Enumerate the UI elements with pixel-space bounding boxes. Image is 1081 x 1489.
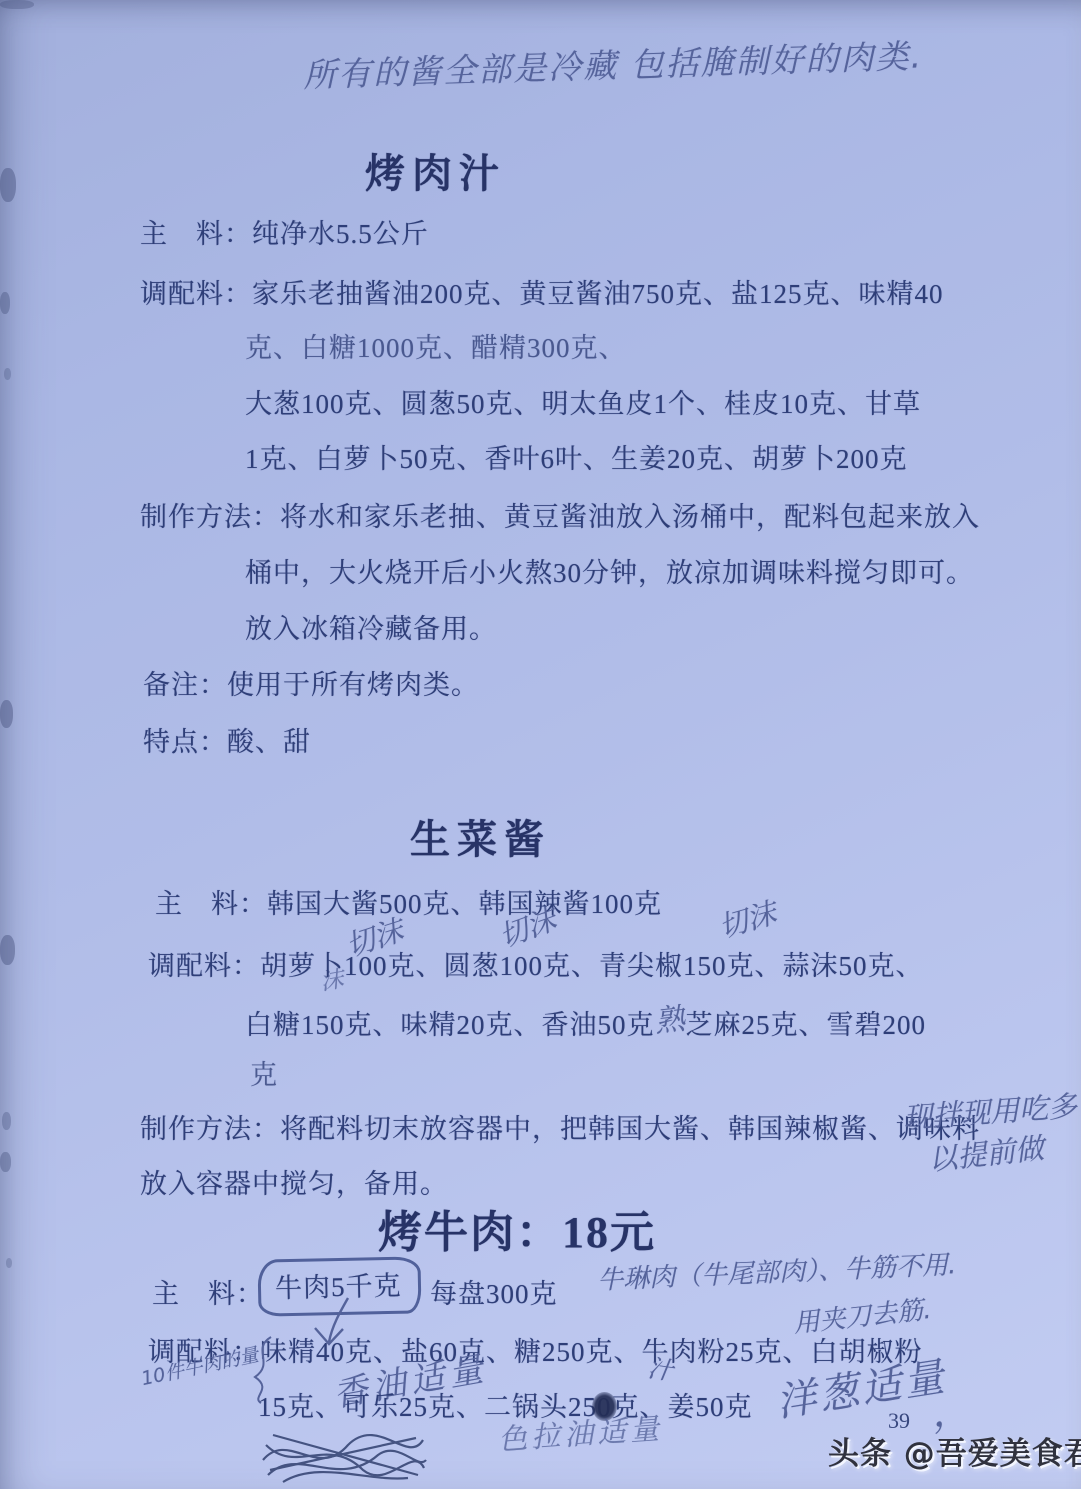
recipe1-seasoning-line3: 大葱100克、圆葱50克、明太鱼皮1个、桂皮10克、甘草 — [245, 382, 921, 421]
handwritten-juice-char: 汁 — [646, 1348, 676, 1387]
scan-artifact — [0, 0, 34, 9]
scanned-recipe-page: 所有的酱全部是冷藏 包括腌制好的肉类. 烤肉汁 主 料：纯净水5.5公斤 调配料… — [0, 0, 1081, 1489]
scan-artifact — [0, 292, 10, 314]
handwritten-chop-note-3: 切沫 — [713, 891, 780, 946]
recipe1-remark: 备注：使用于所有烤肉类。 — [143, 663, 479, 702]
recipe2-seasoning-line2: 白糖150克、味精20克、香油50克熟芝麻25克、雪碧200 — [245, 999, 926, 1043]
watermark: 头条 @吾爱美食君 — [828, 1428, 1081, 1473]
recipe1-method-line3: 放入冰箱冷藏备用。 — [245, 607, 497, 646]
recipe3-main-label: 主 料： — [152, 1272, 264, 1311]
scan-artifact — [0, 700, 13, 728]
crossed-out-scribble — [258, 1420, 428, 1489]
recipe1-seasoning-line2: 克、白糖1000克、醋精300克、 — [245, 326, 627, 365]
scan-artifact — [0, 1152, 11, 1172]
scan-artifact — [0, 935, 15, 965]
handwritten-top-note: 所有的酱全部是冷藏 包括腌制好的肉类. — [302, 30, 923, 96]
recipe3-title: 烤牛肉：18元 — [378, 1196, 656, 1260]
scan-artifact — [0, 168, 16, 202]
recipe1-title: 烤肉汁 — [365, 142, 506, 199]
recipe2-seasoning-line2b: 芝麻25克、雪碧200 — [686, 1010, 927, 1040]
handwritten-cooked-char: 熟 — [652, 994, 687, 1041]
handwritten-mix-note-line1: 现拌现用吃多 — [902, 1084, 1078, 1137]
scan-artifact — [6, 1258, 12, 1268]
recipe1-seasoning-line4: 1克、白萝卜50克、香叶6叶、生姜20克、胡萝卜200克 — [245, 437, 908, 476]
scan-artifact — [2, 1112, 11, 1130]
recipe1-seasoning-line1: 调配料：家乐老抽酱油200克、黄豆酱油750克、盐125克、味精40 — [140, 272, 944, 311]
recipe1-method-line1: 制作方法：将水和家乐老抽、黄豆酱油放入汤桶中，配料包起来放入 — [140, 495, 980, 534]
recipe1-feature: 特点：酸、甜 — [143, 720, 311, 759]
recipe2-seasoning-line2a: 白糖150克、味精20克、香油50克 — [245, 1010, 655, 1040]
scan-artifact — [4, 368, 11, 380]
recipe2-seasoning-line3: 克 — [250, 1053, 278, 1092]
recipe2-title: 生菜酱 — [410, 808, 551, 865]
recipe2-main-ingredients: 主 料：韩国大酱500克、韩国辣酱100克 — [155, 882, 662, 921]
recipe1-main-ingredients: 主 料：纯净水5.5公斤 — [140, 212, 429, 251]
recipe3-portion: 每盘300克 — [430, 1272, 558, 1311]
recipe2-method-line1: 制作方法：将配料切末放容器中，把韩国大酱、韩国辣椒酱、调味料 — [140, 1107, 980, 1146]
recipe1-method-line2: 桶中，大火烧开后小火熬30分钟，放凉加调味料搅匀即可。 — [245, 551, 974, 590]
recipe2-seasoning-line1: 调配料：胡萝卜100克、圆葱100克、青尖椒150克、蒜沫50克、 — [148, 944, 924, 983]
